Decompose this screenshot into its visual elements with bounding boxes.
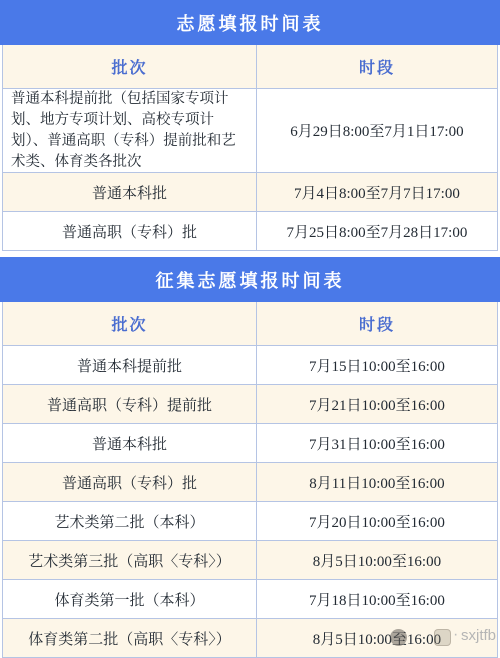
table-row: 普通本科批 7月4日8:00至7月7日17:00: [3, 173, 497, 212]
table-row: 普通本科批 7月31日10:00至16:00: [3, 424, 497, 463]
table-title: 志愿填报时间表: [0, 0, 500, 45]
time-cell: 7月21日10:00至16:00: [257, 385, 497, 423]
batch-cell: 艺术类第二批（本科）: [3, 502, 257, 540]
table-header-row: 批次 时段: [3, 45, 497, 89]
table-title: 征集志愿填报时间表: [0, 257, 500, 302]
time-cell: 7月20日10:00至16:00: [257, 502, 497, 540]
time-cell: 7月4日8:00至7月7日17:00: [257, 173, 497, 211]
table-title-text: 志愿填报时间表: [177, 10, 324, 36]
schedule-table-main: 志愿填报时间表 批次 时段 普通本科提前批（包括国家专项计划、地方专项计划、高校…: [0, 0, 500, 251]
batch-cell: 普通高职（专科）提前批: [3, 385, 257, 423]
table-row: 普通高职（专科）批 8月11日10:00至16:00: [3, 463, 497, 502]
batch-cell: 体育类第二批（高职〈专科〉）: [3, 619, 257, 657]
batch-cell: 体育类第一批（本科）: [3, 580, 257, 618]
schedule-table-supplementary: 征集志愿填报时间表 批次 时段 普通本科提前批 7月15日10:00至16:00…: [0, 257, 500, 658]
time-cell: 6月29日8:00至7月1日17:00: [257, 89, 497, 172]
column-header-time: 时段: [257, 302, 497, 345]
table-body: 批次 时段 普通本科提前批 7月15日10:00至16:00 普通高职（专科）提…: [2, 302, 498, 658]
table-row: 艺术类第二批（本科） 7月20日10:00至16:00: [3, 502, 497, 541]
batch-cell: 普通高职（专科）批: [3, 463, 257, 501]
column-header-batch: 批次: [3, 302, 257, 345]
time-cell: 7月31日10:00至16:00: [257, 424, 497, 462]
batch-cell: 普通本科提前批（包括国家专项计划、地方专项计划、高校专项计划）、普通高职（专科）…: [3, 89, 257, 172]
table-row: 体育类第一批（本科） 7月18日10:00至16:00: [3, 580, 497, 619]
time-cell: 7月15日10:00至16:00: [257, 346, 497, 384]
table-title-text: 征集志愿填报时间表: [156, 267, 345, 293]
column-header-batch: 批次: [3, 45, 257, 88]
table-row: 普通高职（专科）批 7月25日8:00至7月28日17:00: [3, 212, 497, 251]
time-cell: 7月18日10:00至16:00: [257, 580, 497, 618]
time-cell: 8月5日10:00至16:00: [257, 541, 497, 579]
time-cell: 7月25日8:00至7月28日17:00: [257, 212, 497, 250]
batch-cell: 普通高职（专科）批: [3, 212, 257, 250]
batch-cell: 艺术类第三批（高职〈专科〉）: [3, 541, 257, 579]
table-row: 普通本科提前批 7月15日10:00至16:00: [3, 346, 497, 385]
table-header-row: 批次 时段: [3, 302, 497, 346]
table-row: 普通本科提前批（包括国家专项计划、地方专项计划、高校专项计划）、普通高职（专科）…: [3, 89, 497, 173]
time-cell: 8月11日10:00至16:00: [257, 463, 497, 501]
page: { "colors": { "header_blue": "#4a79e8", …: [0, 0, 500, 658]
batch-cell: 普通本科批: [3, 173, 257, 211]
batch-cell: 普通本科批: [3, 424, 257, 462]
table-row: 普通高职（专科）提前批 7月21日10:00至16:00: [3, 385, 497, 424]
column-header-time: 时段: [257, 45, 497, 88]
table-body: 批次 时段 普通本科提前批（包括国家专项计划、地方专项计划、高校专项计划）、普通…: [2, 45, 498, 251]
batch-cell: 普通本科提前批: [3, 346, 257, 384]
table-row: 艺术类第三批（高职〈专科〉） 8月5日10:00至16:00: [3, 541, 497, 580]
table-row: 体育类第二批（高职〈专科〉） 8月5日10:00至16:00: [3, 619, 497, 658]
time-cell: 8月5日10:00至16:00: [257, 619, 497, 657]
